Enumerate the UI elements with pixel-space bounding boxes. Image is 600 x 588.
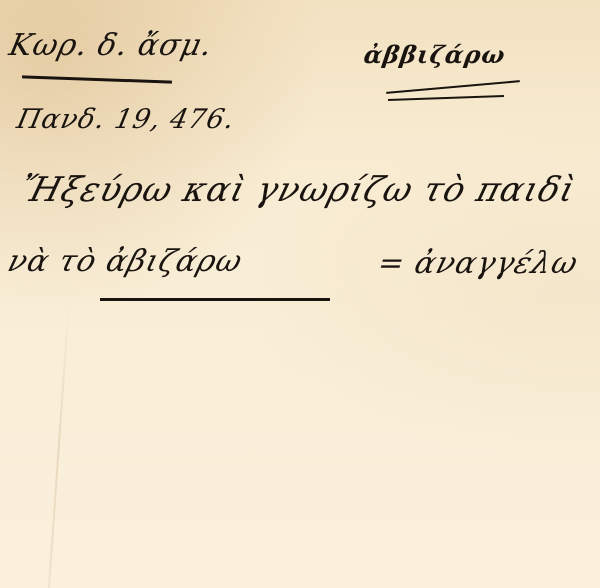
quotation-underline	[100, 298, 330, 301]
paper-fold-crease	[48, 300, 70, 588]
headword-underline-1	[386, 80, 520, 94]
gloss-definition: = ἀναγγέλω	[374, 246, 582, 281]
index-card: Κωρ. δ. ἄσμ. Πανδ. 19, 476. ἀββιζάρω Ἤξε…	[0, 0, 600, 588]
source-underline	[22, 75, 172, 83]
headword: ἀββιζάρω	[362, 40, 508, 69]
citation: Πανδ. 19, 476.	[14, 104, 238, 135]
headword-underline-2	[388, 95, 504, 101]
quotation-line-2: νὰ τὸ ἀβιζάρω	[4, 244, 247, 279]
source-reference: Κωρ. δ. ἄσμ.	[6, 28, 216, 63]
quotation-line-1: Ἤξεύρω καὶ γνωρίζω τὸ παιδὶ	[16, 170, 580, 210]
